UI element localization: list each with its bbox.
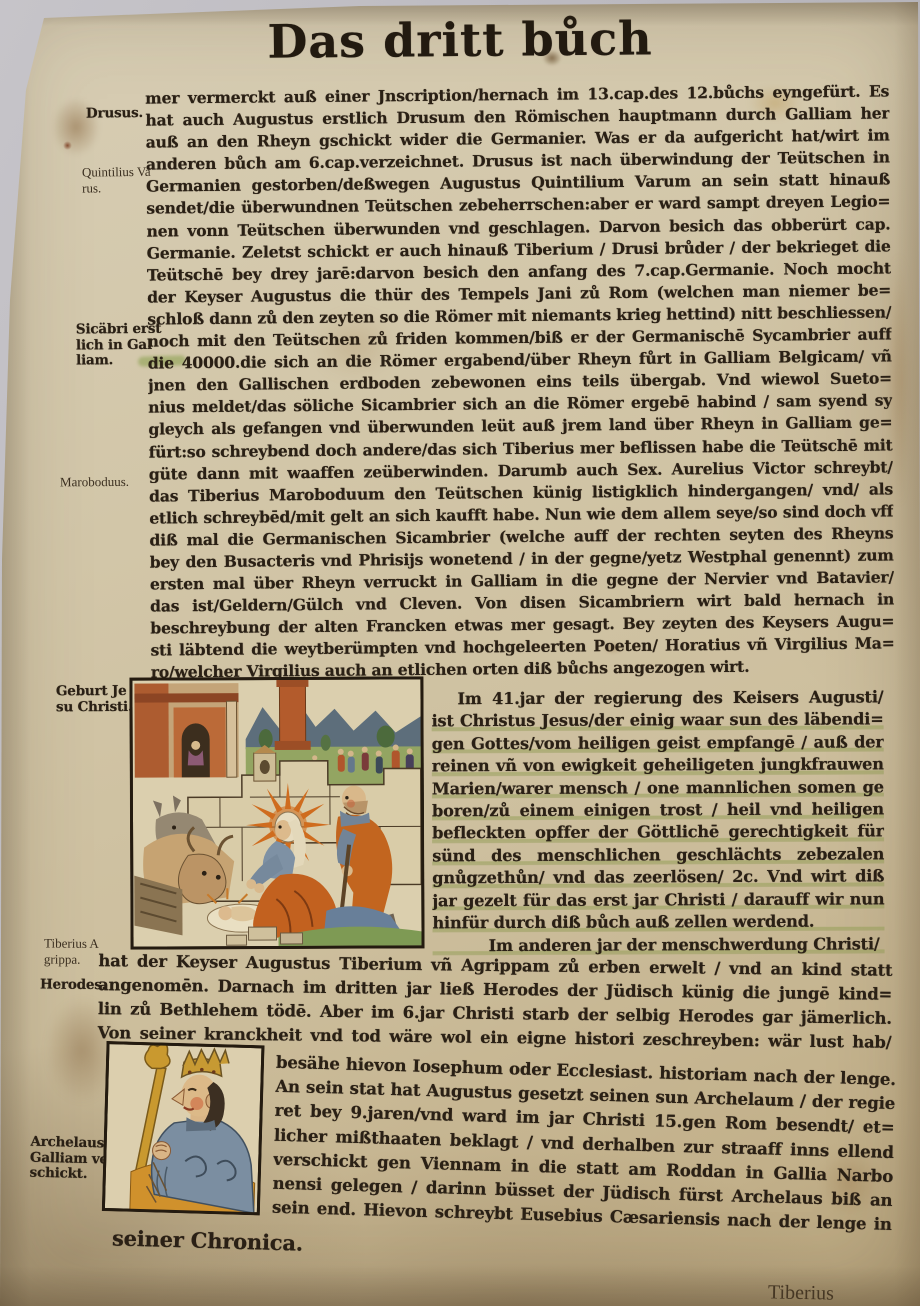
christ-paragraph: Im 41.jar der regierung des Keisers Augu… — [431, 674, 884, 934]
main-text-block-2: hat der Keyser Augustus Tiberium vñ Agri… — [97, 949, 892, 1054]
text-line: boren/zů einem einigen trost / heil vnd … — [432, 798, 884, 822]
text-line: ist Christus Jesus/der einig waar sun de… — [432, 709, 884, 733]
text-line: gen Gottes/vom heiligen geist empfangē /… — [432, 731, 884, 755]
text-line: Marien/warer mensch / one mannlichen som… — [432, 776, 884, 800]
text-line: hinfür durch diß bůch auß zellen werdend… — [432, 910, 884, 934]
text-line: gnůgzethůn/ vnd das zeerlösen/ 2c. Vnd w… — [432, 865, 884, 889]
page-title: Das dritt bůch — [0, 10, 920, 70]
main-text-block-1: mer vermerckt auß einer Jnscription/hern… — [145, 80, 895, 684]
nativity-section: Im 41.jar der regierung des Keisers Augu… — [129, 674, 884, 959]
christ-paragraph-column: Im 41.jar der regierung des Keisers Augu… — [431, 674, 884, 957]
catchword: Tiberius — [768, 1281, 834, 1305]
photo-background: Das dritt bůch Drusus. Quintilius Varus.… — [0, 0, 920, 1306]
book-page: Das dritt bůch Drusus. Quintilius Varus.… — [0, 0, 920, 1306]
text-line: Im 41.jar der regierung des Keisers Augu… — [431, 686, 883, 710]
figure-caption: seiner Chronica. — [112, 1225, 304, 1255]
text-line: sünd des menschlichen geschlächts zebeza… — [432, 843, 884, 867]
text-line: reinen vñ von ewigkeit geheiligeten jung… — [432, 754, 884, 778]
stain — [44, 88, 108, 166]
archelaus-portrait-woodcut — [102, 1041, 265, 1215]
text-line: befleckten opffer der Göttlichē gerechti… — [432, 821, 884, 845]
stain — [62, 140, 73, 151]
archelaus-section: besähe hievon Iosephum oder Ecclesiast. … — [102, 1041, 897, 1236]
text-line: jar gezelt für das erst jar Christi / da… — [432, 888, 884, 912]
column — [274, 680, 310, 750]
ruin-building — [134, 683, 238, 777]
nativity-woodcut — [129, 676, 424, 949]
archelaus-text-block: besähe hievon Iosephum oder Ecclesiast. … — [272, 1046, 897, 1237]
